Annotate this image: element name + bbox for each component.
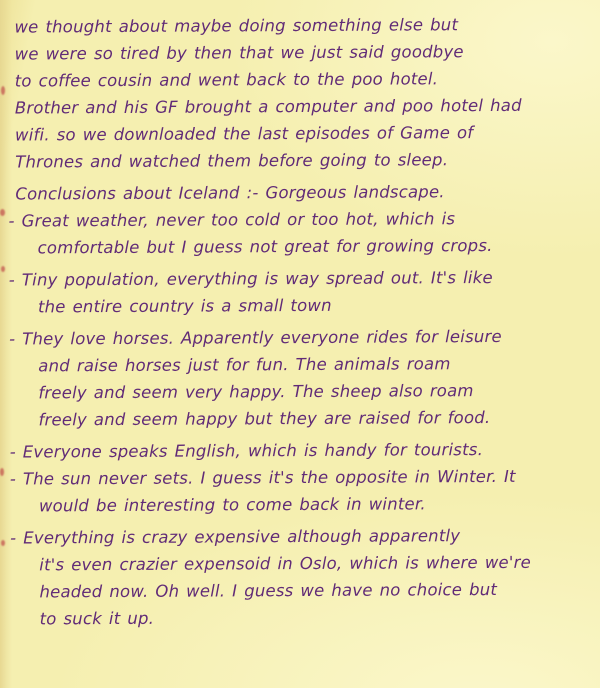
handwritten-line: - Great weather, never too cold or too h… — [8, 204, 591, 234]
handwritten-line: - Everyone speaks English, which is hand… — [10, 435, 593, 465]
handwritten-line: freely and seem happy but they are raise… — [16, 403, 592, 433]
handwritten-line: we thought about maybe doing something e… — [14, 10, 590, 40]
handwritten-line: comfortable but I guess not great for gr… — [16, 231, 592, 261]
handwritten-line: Brother and his GF brought a computer an… — [15, 91, 591, 121]
handwritten-line: would be interesting to come back in win… — [17, 489, 593, 519]
handwritten-line: the entire country is a small town — [16, 290, 592, 320]
ink-smudge — [0, 468, 4, 476]
handwritten-line: we were so tired by then that we just sa… — [15, 37, 591, 67]
ink-smudge — [1, 266, 5, 272]
handwritten-line: - The sun never sets. I guess it's the o… — [10, 462, 593, 492]
bullet-item: - Everything is crazy expensive although… — [17, 521, 594, 632]
paragraph: we thought about maybe doing something e… — [14, 10, 591, 175]
handwritten-line: freely and seem very happy. The sheep al… — [16, 376, 592, 406]
journal-page: we thought about maybe doing something e… — [0, 0, 600, 688]
ink-smudge — [0, 209, 5, 216]
handwritten-line: - Everything is crazy expensive although… — [10, 521, 593, 551]
bullet-item: - The sun never sets. I guess it's the o… — [17, 462, 593, 519]
ink-smudge — [1, 86, 5, 95]
bullet-item: - Tiny population, everything is way spr… — [16, 263, 592, 320]
handwritten-line: - Tiny population, everything is way spr… — [9, 263, 592, 293]
conclusions-line: Conclusions about Iceland :- Gorgeous la… — [15, 177, 591, 207]
ink-smudge — [1, 540, 5, 546]
journal-text: we thought about maybe doing something e… — [14, 10, 593, 632]
bullet-list: - Great weather, never too cold or too h… — [15, 204, 593, 632]
handwritten-line: it's even crazier expensoid in Oslo, whi… — [17, 548, 593, 578]
handwritten-line: headed now. Oh well. I guess we have no … — [17, 575, 593, 605]
bullet-item: - They love horses. Apparently everyone … — [16, 322, 593, 433]
bullet-item: - Everyone speaks English, which is hand… — [17, 435, 593, 465]
handwritten-line: and raise horses just for fun. The anima… — [16, 349, 592, 379]
handwritten-line: wifi. so we downloaded the last episodes… — [15, 118, 591, 148]
handwritten-line: Thrones and watched them before going to… — [15, 145, 591, 175]
handwritten-line: to suck it up. — [17, 602, 593, 632]
handwritten-line: to coffee cousin and went back to the po… — [15, 64, 591, 94]
handwritten-line: - They love horses. Apparently everyone … — [9, 322, 592, 352]
bullet-item: - Great weather, never too cold or too h… — [15, 204, 591, 261]
